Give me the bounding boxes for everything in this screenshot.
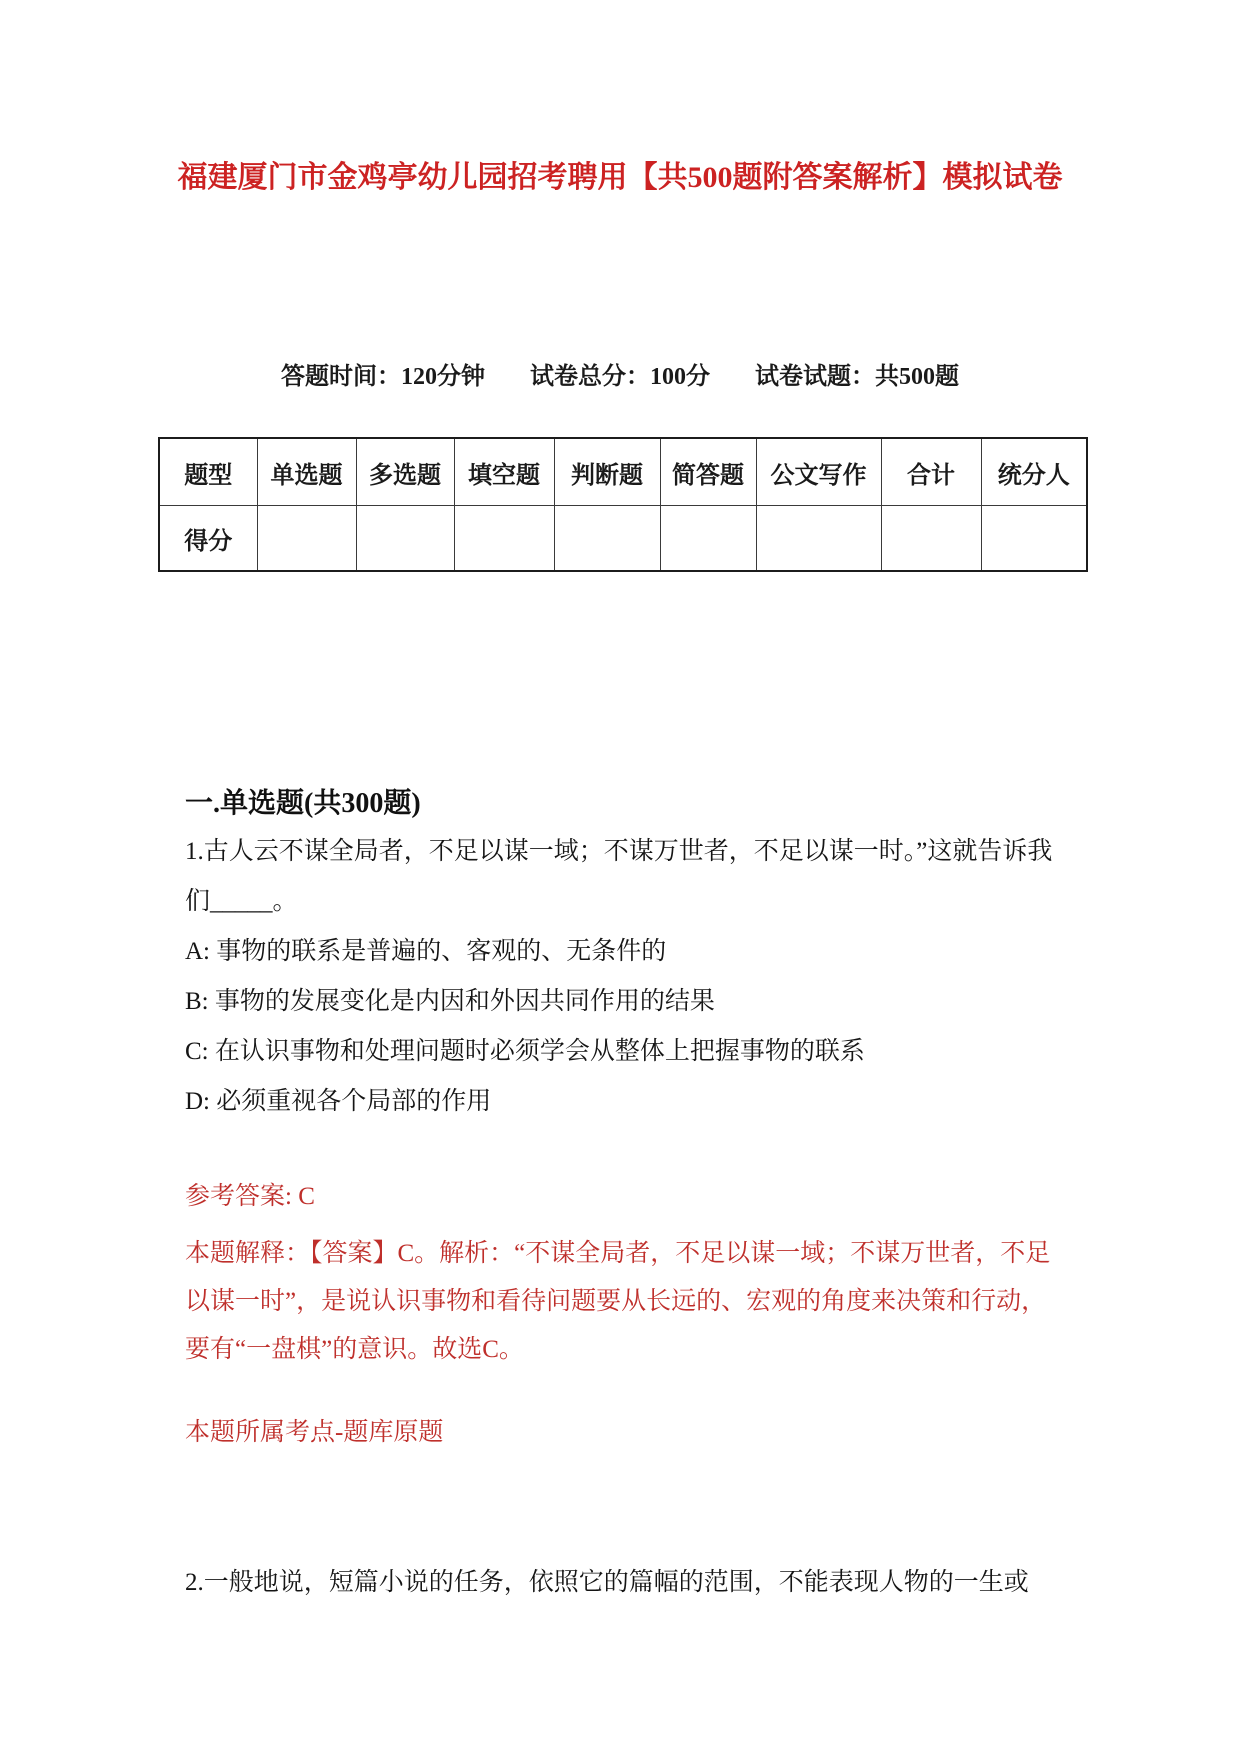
score-table-header-cell: 判断题 [554, 438, 660, 506]
meta-question-count: 试卷试题：共500题 [755, 356, 959, 391]
score-cell [660, 506, 756, 572]
score-row-label: 得分 [159, 506, 257, 572]
score-table: 题型 单选题 多选题 填空题 判断题 简答题 公文写作 合计 统分人 得分 [158, 437, 1088, 572]
section-heading: 一.单选题(共300题) [185, 781, 421, 821]
exam-meta: 答题时间：120分钟 试卷总分：100分 试卷试题：共500题 [0, 356, 1240, 391]
score-table-header-cell: 单选题 [257, 438, 356, 506]
option-a: A: 事物的联系是普遍的、客观的、无条件的 [185, 927, 1057, 977]
knowledge-point-tag: 本题所属考点-题库原题 [185, 1409, 1057, 1457]
answer-explanation: 本题解释：【答案】C。解析：“不谋全局者，不足以谋一域；不谋万世者，不足以谋一时… [185, 1230, 1057, 1374]
score-cell [881, 506, 981, 572]
score-table-header-cell: 简答题 [660, 438, 756, 506]
question-1-options: A: 事物的联系是普遍的、客观的、无条件的 B: 事物的发展变化是内因和外因共同… [185, 927, 1057, 1127]
option-d: D: 必须重视各个局部的作用 [185, 1077, 1057, 1127]
score-cell [454, 506, 554, 572]
score-table-header-row: 题型 单选题 多选题 填空题 判断题 简答题 公文写作 合计 统分人 [159, 438, 1087, 506]
score-table-header-cell: 统分人 [981, 438, 1087, 506]
score-cell [756, 506, 881, 572]
score-table-header-cell: 填空题 [454, 438, 554, 506]
meta-total-score: 试卷总分：100分 [530, 356, 710, 391]
document-page: 福建厦门市金鸡亭幼儿园招考聘用【共500题附答案解析】模拟试卷 答题时间：120… [0, 0, 1240, 1753]
score-table-score-row: 得分 [159, 506, 1087, 572]
score-cell [356, 506, 454, 572]
meta-answer-time: 答题时间：120分钟 [281, 356, 485, 391]
score-table-header-cell: 多选题 [356, 438, 454, 506]
question-1-text: 1.古人云不谋全局者，不足以谋一域；不谋万世者，不足以谋一时。”这就告诉我们__… [185, 827, 1057, 927]
exam-title: 福建厦门市金鸡亭幼儿园招考聘用【共500题附答案解析】模拟试卷 [170, 148, 1070, 208]
option-b: B: 事物的发展变化是内因和外因共同作用的结果 [185, 977, 1057, 1027]
score-table-header-cell: 公文写作 [756, 438, 881, 506]
score-cell [981, 506, 1087, 572]
score-cell [554, 506, 660, 572]
question-2-text: 2.一般地说，短篇小说的任务，依照它的篇幅的范围，不能表现人物的一生或 [185, 1558, 1057, 1608]
score-table-header-cell: 合计 [881, 438, 981, 506]
reference-answer: 参考答案: C [185, 1172, 1057, 1222]
score-table-header-cell: 题型 [159, 438, 257, 506]
score-cell [257, 506, 356, 572]
option-c: C: 在认识事物和处理问题时必须学会从整体上把握事物的联系 [185, 1027, 1057, 1077]
